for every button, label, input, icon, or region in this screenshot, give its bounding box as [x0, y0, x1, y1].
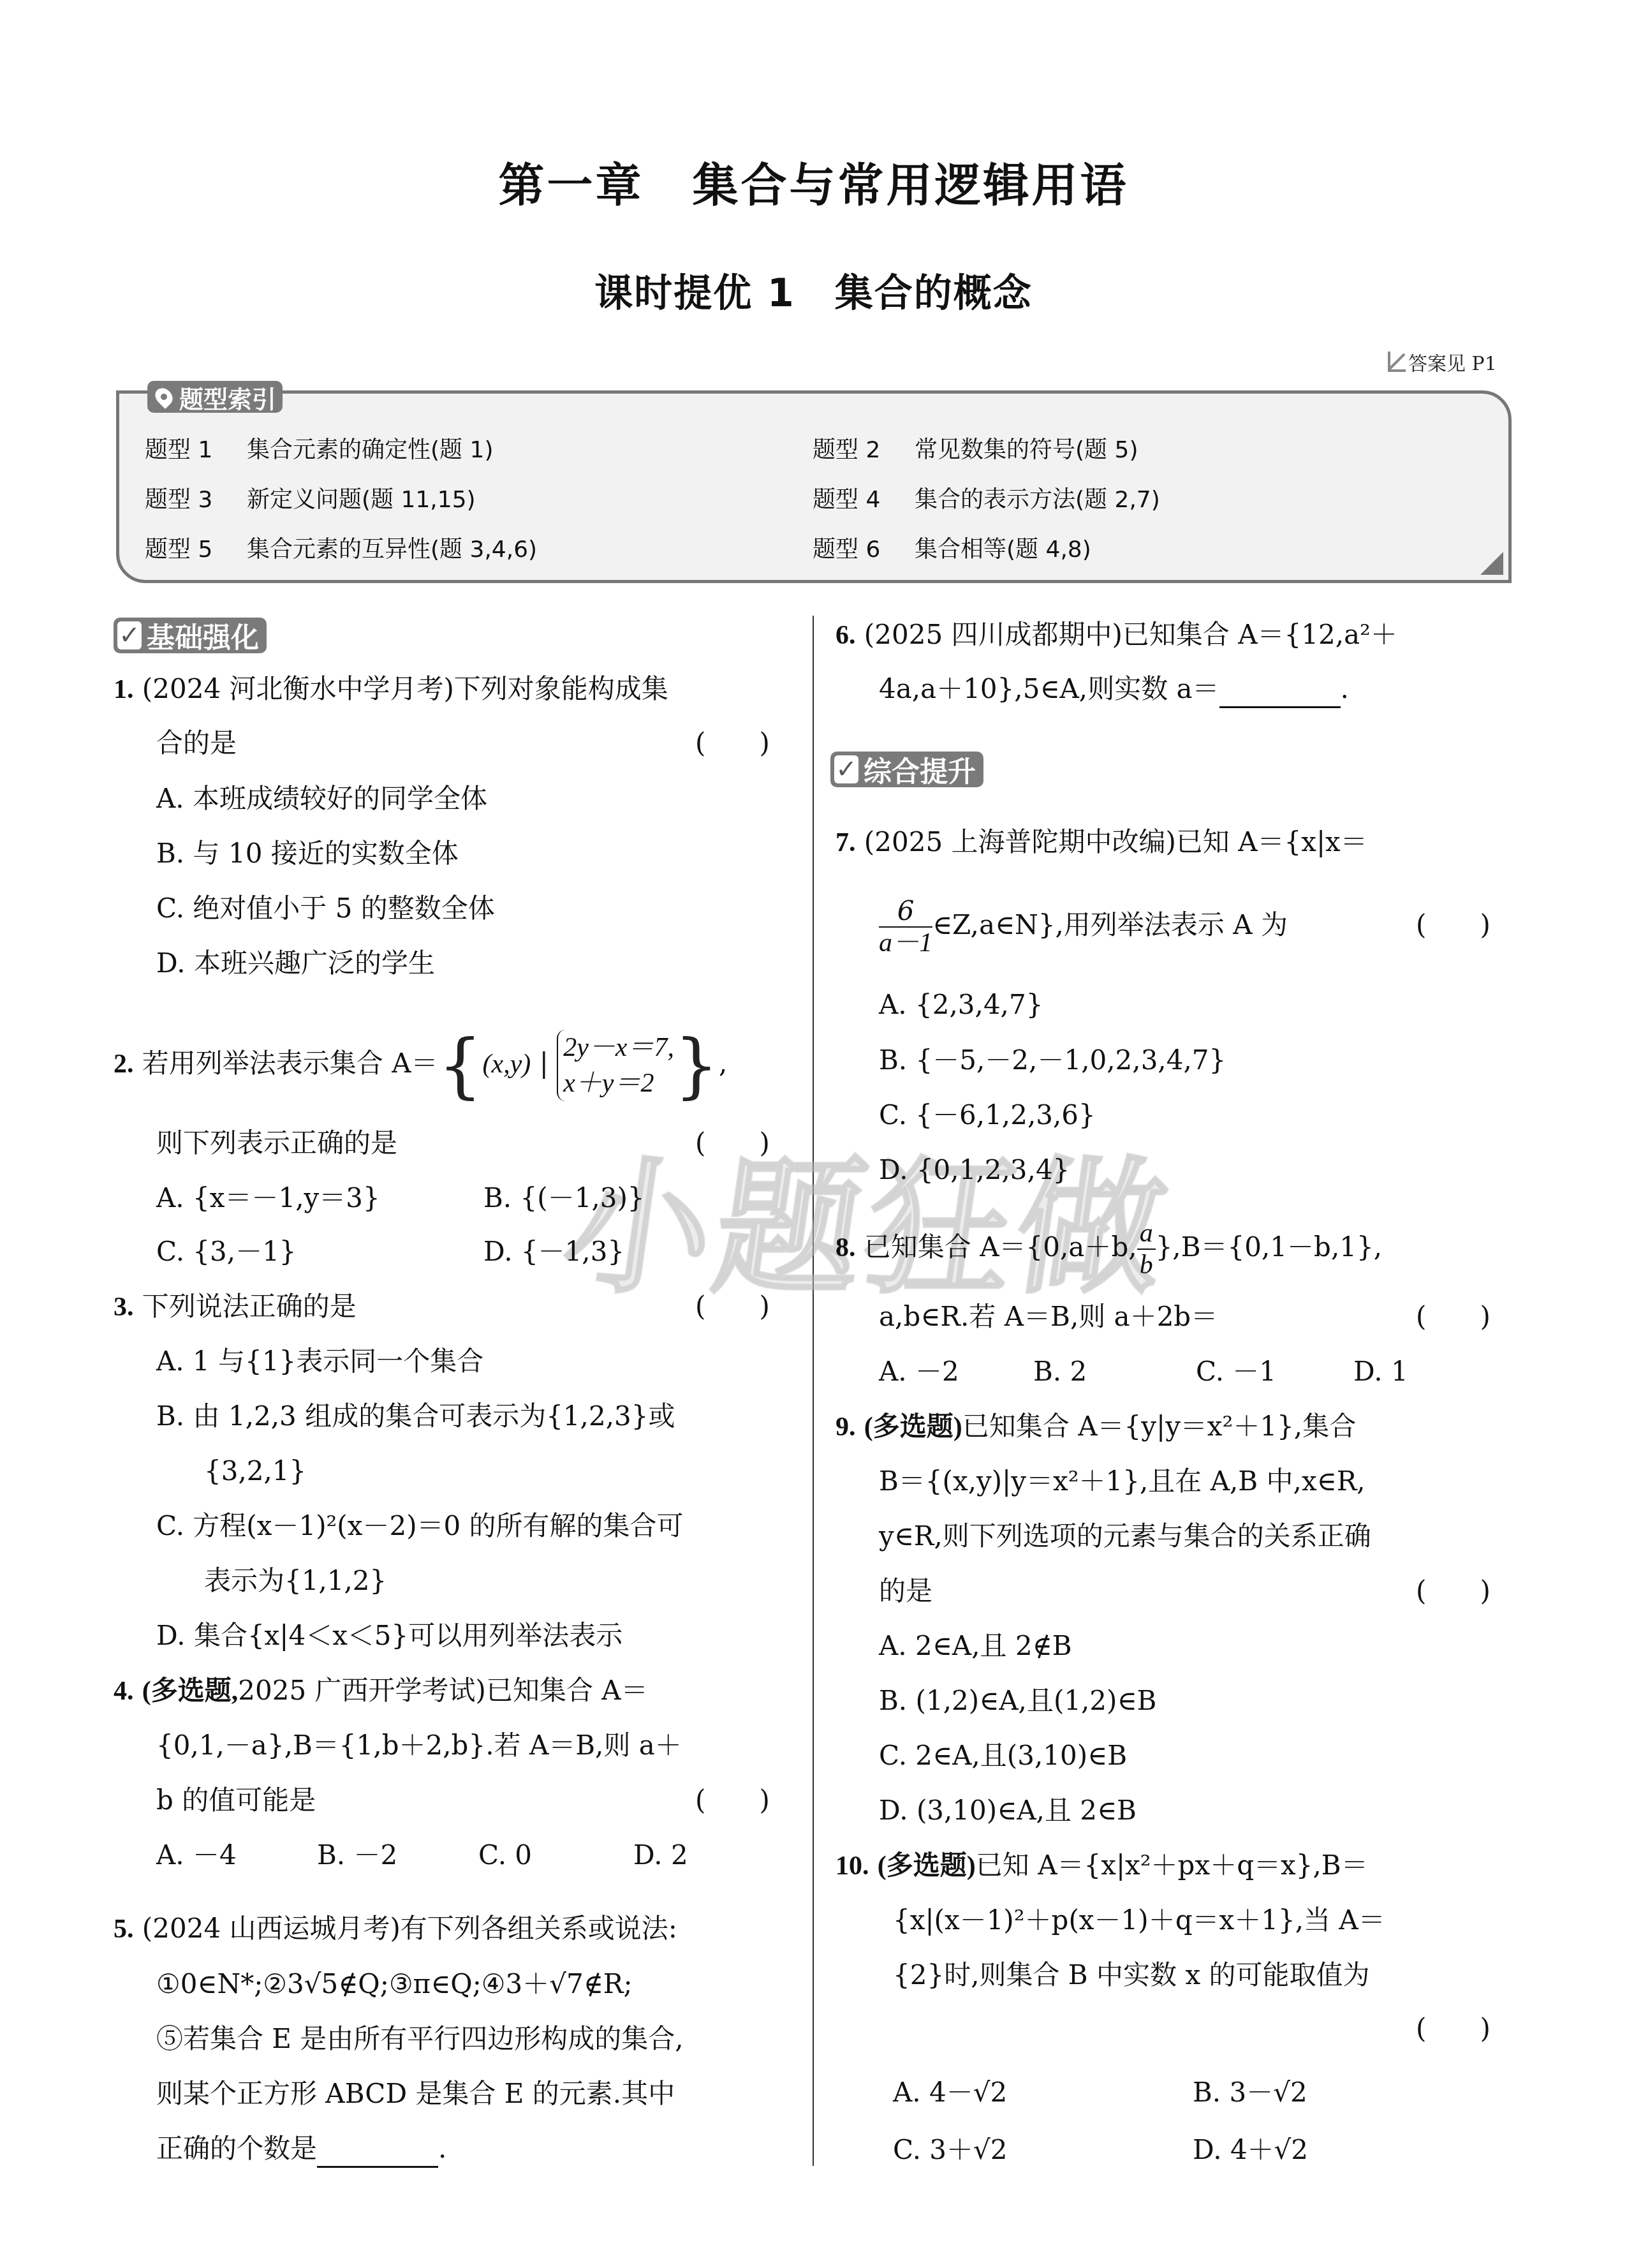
option: D. {0,1,2,3,4}: [879, 1151, 1070, 1189]
text-line: ⑤若集合 E 是由所有平行四边形构成的集合,: [156, 2020, 684, 2058]
answer-paren[interactable]: ( ): [1416, 1572, 1491, 1610]
index-item: 题型 3新定义问题(题 11,15): [145, 482, 476, 514]
text-line: 8.: [836, 1233, 856, 1263]
text-line: 4a,a＋10},5∈A,则实数 a＝.: [879, 670, 1349, 708]
option: A. {2,3,4,7}: [879, 986, 1043, 1024]
answer-paren[interactable]: ( ): [1416, 906, 1491, 944]
section-badge-basic: ✓ 基础强化: [114, 618, 267, 653]
text-line: x＋y＝2: [563, 1065, 674, 1101]
answer-reference: 答案见 P1: [1388, 348, 1497, 376]
option: D. 本班兴趣广泛的学生: [156, 944, 435, 982]
text-line: 表示为{1,1,2}: [204, 1562, 387, 1600]
option: B. (1,2)∈A,且(1,2)∈B: [879, 1682, 1156, 1720]
text-line: 9. (多选题)已知集合 A＝{y|y＝x²＋1},集合: [836, 1407, 1356, 1446]
answer-paren[interactable]: ( ): [695, 1124, 770, 1162]
option: D. (3,10)∈A,且 2∈B: [879, 1791, 1137, 1830]
checkmark-icon: ✓: [117, 621, 142, 649]
option: C. 2∈A,且(3,10)∈B: [879, 1737, 1127, 1775]
text-line: 7.: [836, 828, 856, 857]
text-line: 则某个正方形 ABCD 是集合 E 的元素.其中: [156, 2075, 675, 2113]
text-line: 已知集合 A＝{y|y＝x²＋1},集合: [962, 1411, 1356, 1442]
text-line: a－1: [879, 928, 932, 958]
text-line: 的是: [879, 1572, 932, 1610]
text-line: 若用列举法表示集合 A＝: [142, 1048, 438, 1079]
option: A. 1 与{1}表示同一个集合: [156, 1342, 483, 1381]
text-line: 常见数集的符号(题 5): [915, 437, 1138, 463]
text-line: 已知 A＝{x|x²＋px＋q＝x},B＝: [976, 1849, 1368, 1881]
option: D. 4＋√2: [1193, 2131, 1308, 2169]
text-line: b: [1137, 1250, 1156, 1280]
index-item: 题型 1集合元素的确定性(题 1): [145, 432, 493, 464]
text-line: 题型 6: [813, 531, 915, 564]
location-pin-icon: [152, 385, 176, 409]
option: B. 2: [1033, 1353, 1087, 1391]
index-item: 题型 5集合元素的互异性(题 3,4,6): [145, 531, 537, 564]
text-line: 9.: [836, 1412, 856, 1442]
checkmark-icon: ✓: [834, 755, 858, 783]
text-line: 新定义问题(题 11,15): [247, 487, 476, 513]
option: C. 3＋√2: [893, 2131, 1008, 2169]
answer-reference-label: 答案见 P1: [1408, 348, 1497, 376]
text-line: (2024 河北衡水中学月考)下列对象能构成集: [142, 673, 668, 704]
text-line: 2.: [114, 1049, 134, 1079]
option: C. 方程(x－1)²(x－2)＝0 的所有解的集合可: [156, 1507, 684, 1545]
option: A. 4－√2: [893, 2073, 1007, 2112]
text-line: 题型 2: [813, 432, 915, 464]
text-line: ①0∈N*;②3√5∉Q;③π∈Q;④3＋√7∉R;: [156, 1965, 633, 2003]
text-line: 2y－x＝7,: [563, 1030, 674, 1065]
text-line: y∈R,则下列选项的元素与集合的关系正确: [879, 1517, 1371, 1555]
answer-paren[interactable]: ( ): [695, 1781, 770, 1820]
index-tab: 题型索引: [147, 381, 283, 413]
section-badge-advanced: ✓ 综合提升: [830, 752, 983, 787]
option: B. －2: [317, 1836, 397, 1874]
option: A. 2∈A,且 2∉B: [879, 1627, 1072, 1665]
text-line: 集合元素的互异性(题 3,4,6): [247, 537, 537, 563]
text-line: 2. 若用列举法表示集合 A＝{(x,y) | 2y－x＝7,x＋y＝2},: [114, 1028, 727, 1101]
chapter-title: 第一章 集合与常用逻辑用语: [0, 148, 1627, 214]
text-line: 题型 3: [145, 482, 247, 514]
text-line: 集合元素的确定性(题 1): [247, 437, 493, 463]
text-line: 1.: [114, 675, 134, 704]
text-line: ∈Z,a∈N},用列举法表示 A 为: [932, 909, 1288, 940]
text-line: 题型 5: [145, 531, 247, 564]
text-line: 合的是: [156, 724, 237, 762]
text-line: {x|(x－1)²＋p(x－1)＋q＝x＋1},当 A＝: [893, 1901, 1385, 1939]
text-line: 3.: [114, 1293, 134, 1322]
text-line: 基础强化: [147, 615, 259, 656]
option: A. {x＝－1,y＝3}: [156, 1179, 380, 1217]
text-line: 题型 4: [813, 482, 915, 514]
text-line: 集合的表示方法(题 2,7): [915, 487, 1160, 513]
option: A. －4: [156, 1836, 237, 1874]
answer-paren[interactable]: ( ): [1416, 2010, 1491, 2048]
option: A. －2: [879, 1353, 959, 1391]
arrow-down-left-icon: [1388, 352, 1406, 372]
text-line: 7. (2025 上海普陀期中改编)已知 A＝{x|x＝: [836, 823, 1367, 862]
text-line: (x,y): [483, 1049, 531, 1079]
option: C. {－6,1,2,3,6}: [879, 1096, 1096, 1134]
text-line: 5. (2024 山西运城月考)有下列各组关系或说法:: [114, 1909, 677, 1948]
index-item: 题型 2常见数集的符号(题 5): [813, 432, 1138, 464]
text-line: (多选题): [864, 1412, 962, 1442]
option: B. 3－√2: [1193, 2073, 1307, 2112]
answer-blank[interactable]: [1219, 678, 1341, 708]
option: C. {3,－1}: [156, 1233, 297, 1271]
text-line: {0,1,－a},B＝{1,b＋2,b}.若 A＝B,则 a＋: [156, 1726, 682, 1765]
text-line: b 的值可能是: [156, 1781, 316, 1820]
option: B. {(－1,3)}: [483, 1179, 645, 1217]
index-item: 题型 6集合相等(题 4,8): [813, 531, 1091, 564]
option: D. 2: [633, 1836, 688, 1874]
text-line: 则下列表示正确的是: [156, 1124, 397, 1162]
text-line: B＝{(x,y)|y＝x²＋1},且在 A,B 中,x∈R,: [879, 1462, 1366, 1501]
option: D. 1: [1353, 1353, 1408, 1391]
text-line: a: [1137, 1218, 1156, 1250]
option: D. {－1,3}: [483, 1233, 624, 1271]
text-line: 下列说法正确的是: [142, 1291, 357, 1322]
option: B. {－5,－2,－1,0,2,3,4,7}: [879, 1041, 1226, 1079]
text-line: 2025 广西开学考试)已知集合 A＝: [238, 1675, 647, 1706]
option: C. －1: [1196, 1353, 1276, 1391]
text-line: 6. (2025 四川成都期中)已知集合 A＝{12,a²＋: [836, 616, 1397, 655]
text-line: 4a,a＋10},5∈A,则实数 a＝: [879, 673, 1219, 704]
option: C. 绝对值小于 5 的整数全体: [156, 889, 495, 928]
text-line: 综合提升: [864, 749, 976, 790]
text-line: 已知集合 A＝{0,a＋b,: [864, 1231, 1137, 1263]
text-line: (2025 四川成都期中)已知集合 A＝{12,a²＋: [864, 619, 1397, 650]
lesson-title: 课时提优 1 集合的概念: [0, 263, 1627, 318]
answer-blank[interactable]: [317, 2138, 438, 2168]
text-line: 10.: [836, 1851, 869, 1881]
option: A. 本班成绩较好的同学全体: [156, 780, 487, 818]
option: C. 0: [478, 1836, 532, 1874]
column-divider: [813, 616, 814, 2166]
index-item: 题型 4集合的表示方法(题 2,7): [813, 482, 1160, 514]
index-tab-label: 题型索引: [179, 380, 276, 415]
text-line: },B＝{0,1－b,1},: [1156, 1231, 1382, 1263]
answer-paren[interactable]: ( ): [695, 724, 770, 762]
option: B. 与 10 接近的实数全体: [156, 834, 459, 873]
text-line: {3,2,1}: [204, 1452, 306, 1490]
text-line: 3. 下列说法正确的是: [114, 1287, 357, 1326]
text-line: 4. (多选题,2025 广西开学考试)已知集合 A＝: [114, 1671, 648, 1710]
text-line: 集合相等(题 4,8): [915, 537, 1091, 563]
option: D. 集合{x|4＜x＜5}可以用列举法表示: [156, 1617, 622, 1655]
text-line: 6.: [836, 621, 856, 650]
text-line: (2024 山西运城月考)有下列各组关系或说法:: [142, 1913, 677, 1944]
text-line: 10. (多选题)已知 A＝{x|x²＋px＋q＝x},B＝: [836, 1846, 1368, 1885]
text-line: 6: [879, 896, 932, 928]
text-line: 正确的个数是: [156, 2133, 317, 2164]
text-line: (2025 上海普陀期中改编)已知 A＝{x|x＝: [864, 826, 1367, 857]
text-line: 题型 1: [145, 432, 247, 464]
text-line: (多选题,: [142, 1677, 239, 1706]
text-line: a,b∈R.若 A＝B,则 a＋2b＝: [879, 1298, 1218, 1336]
text-line: 正确的个数是.: [156, 2130, 446, 2168]
corner-triangle-icon: [1480, 552, 1503, 575]
text-line: 5.: [114, 1915, 134, 1944]
text-line: 6a－1∈Z,a∈N},用列举法表示 A 为: [879, 890, 1288, 960]
text-line: 4.: [114, 1677, 134, 1706]
option: B. 由 1,2,3 组成的集合可表示为{1,2,3}或: [156, 1397, 675, 1435]
text-line: 8. 已知集合 A＝{0,a＋b,ab},B＝{0,1－b,1},: [836, 1212, 1382, 1283]
answer-paren[interactable]: ( ): [695, 1287, 770, 1326]
text-line: (多选题): [878, 1851, 976, 1881]
answer-paren[interactable]: ( ): [1416, 1298, 1491, 1336]
text-line: {2}时,则集合 B 中实数 x 的可能取值为: [893, 1956, 1369, 1994]
question-type-index: 题型索引 题型 1集合元素的确定性(题 1) 题型 2常见数集的符号(题 5) …: [116, 390, 1512, 583]
text-line: 1. (2024 河北衡水中学月考)下列对象能构成集: [114, 670, 668, 709]
